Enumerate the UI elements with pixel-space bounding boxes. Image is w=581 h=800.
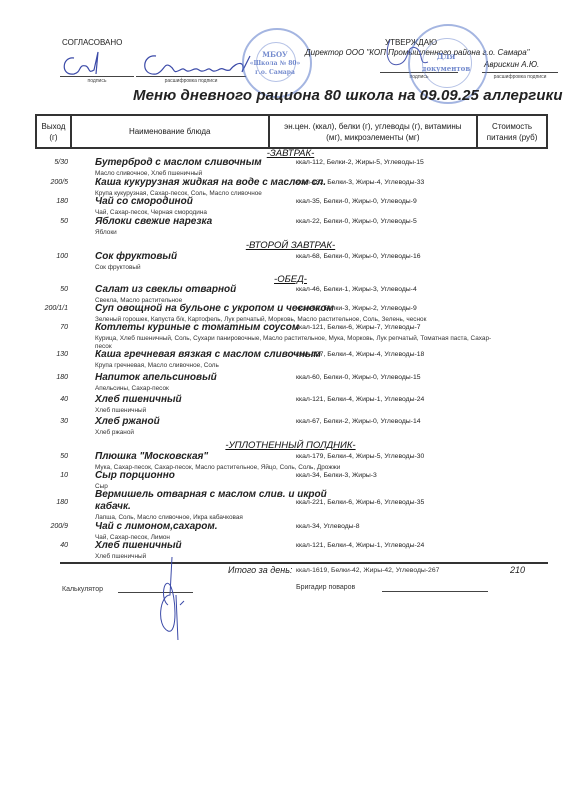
item-name: Салат из свеклы отварной xyxy=(95,284,236,295)
item-yield: 70 xyxy=(28,324,68,331)
item-ingredients: Крупа гречневая, Масло сливочное, Соль xyxy=(95,362,475,370)
item-yield: 50 xyxy=(28,286,68,293)
column-header-dish: Наименование блюда xyxy=(71,115,269,148)
item-name-continued: кабачк. xyxy=(95,501,131,512)
stamp-right-text-2: документов xyxy=(418,64,474,73)
item-yield: 200/5 xyxy=(28,179,68,186)
total-nutrition: ккал-1619, Белки-42, Жиры-42, Углеводы-2… xyxy=(296,567,439,574)
item-nutrition: ккал-34, Белки-3, Жиры-3 xyxy=(296,472,377,479)
item-nutrition: ккал-121, Белки-6, Жиры-7, Углеводы-7 xyxy=(296,324,421,331)
item-name: Каша кукурузная жидкая на воде с маслом … xyxy=(95,177,326,188)
item-yield: 130 xyxy=(28,351,68,358)
item-name: Каша гречневая вязкая с маслом сливочным xyxy=(95,349,321,360)
item-yield: 200/9 xyxy=(28,523,68,530)
item-name: Напиток апельсиновый xyxy=(95,372,217,383)
item-yield: 180 xyxy=(28,374,68,381)
item-yield: 30 xyxy=(28,418,68,425)
item-yield: 10 xyxy=(28,472,68,479)
item-nutrition: ккал-46, Белки-1, Жиры-3, Углеводы-4 xyxy=(296,286,417,293)
item-nutrition: ккал-60, Белки-0, Жиры-0, Углеводы-15 xyxy=(296,374,421,381)
calculator-label: Калькулятор xyxy=(62,586,103,593)
item-name: Яблоки свежие нарезка xyxy=(95,216,212,227)
signature-scribble-calculator xyxy=(150,555,190,640)
item-yield: 5/30 xyxy=(28,159,68,166)
item-yield: 40 xyxy=(28,542,68,549)
item-name: Вермишель отварная с маслом слив. и икро… xyxy=(95,489,327,500)
item-name: Котлеты куриные с томатным соусом xyxy=(95,322,299,333)
item-yield: 100 xyxy=(28,253,68,260)
item-name: Хлеб ржаной xyxy=(95,416,160,427)
signature-scribble-left xyxy=(60,48,260,80)
item-nutrition: ккал-182, Белки-3, Жиры-4, Углеводы-33 xyxy=(296,179,424,186)
item-name: Сыр порционно xyxy=(95,470,175,481)
stamp-left-text-1: МБОУ xyxy=(250,50,300,59)
approval-left-signature-name: Стародубова О.А. xyxy=(1,1,9,2)
item-yield: 180 xyxy=(28,499,68,506)
section-title-second-breakfast: -ВТОРОЙ ЗАВТРАК- xyxy=(0,240,581,251)
chef-label: Бригадир поваров xyxy=(296,584,355,591)
item-yield: 200/1/1 xyxy=(28,305,68,312)
item-nutrition: ккал-22, Белки-0, Жиры-0, Углеводы-5 xyxy=(296,218,417,225)
stamp-right-text-1: Для xyxy=(424,52,468,61)
item-nutrition: ккал-112, Белки-2, Жиры-5, Углеводы-15 xyxy=(296,159,424,166)
stamp-right-inner xyxy=(422,38,472,88)
column-header-nutrition: эн.цен. (ккал), белки (г), углеводы (г),… xyxy=(269,115,478,148)
item-name: Чай со смородиной xyxy=(95,196,193,207)
column-header-cost: Стоимость питания (руб) xyxy=(477,115,547,148)
item-nutrition: ккал-68, Белки-0, Жиры-0, Углеводы-16 xyxy=(296,253,421,260)
item-ingredients: Хлеб ржаной xyxy=(95,429,475,437)
item-nutrition: ккал-127, Белки-4, Жиры-4, Углеводы-18 xyxy=(296,351,424,358)
item-yield: 40 xyxy=(28,396,68,403)
item-name: Хлеб пшеничный xyxy=(95,540,182,551)
item-nutrition: ккал-179, Белки-4, Жиры-5, Углеводы-30 xyxy=(296,453,424,460)
item-nutrition: ккал-121, Белки-4, Жиры-1, Углеводы-24 xyxy=(296,542,424,549)
item-yield: 50 xyxy=(28,218,68,225)
column-header-yield: Выход (г) xyxy=(36,115,71,148)
item-ingredients: Яблоки xyxy=(95,229,475,237)
approval-right-name: Аврискин А.Ю. xyxy=(484,60,539,69)
approval-right-decode-line xyxy=(482,72,558,73)
item-name: Чай с лимоном,сахаром. xyxy=(95,521,218,532)
total-label: Итого за день: xyxy=(228,565,292,575)
item-nutrition: ккал-221, Белки-6, Жиры-6, Углеводы-35 xyxy=(296,499,424,506)
item-name: Сок фруктовый xyxy=(95,251,177,262)
section-title-lunch: -ОБЕД- xyxy=(0,274,581,285)
item-nutrition: ккал-34, Углеводы-8 xyxy=(296,523,360,530)
section-title-breakfast: -ЗАВТРАК- xyxy=(0,148,581,159)
stamp-left-text-3: г.о. Самара xyxy=(250,68,300,77)
item-yield: 180 xyxy=(28,198,68,205)
approval-right-decode-caption: расшифровка подписи xyxy=(482,74,558,80)
item-nutrition: ккал-121, Белки-4, Жиры-1, Углеводы-24 xyxy=(296,396,424,403)
item-nutrition: ккал-69, Белки-3, Жиры-2, Углеводы-9 xyxy=(296,305,417,312)
item-ingredients: Хлеб пшеничный xyxy=(95,407,475,415)
stamp-left-text-2: «Школа № 80» xyxy=(246,59,304,68)
item-nutrition: ккал-67, Белки-2, Жиры-0, Углеводы-14 xyxy=(296,418,421,425)
item-nutrition: ккал-35, Белки-0, Жиры-0, Углеводы-9 xyxy=(296,198,417,205)
menu-table-header: Выход (г) Наименование блюда эн.цен. (кк… xyxy=(35,114,548,149)
item-ingredients: Сок фруктовый xyxy=(95,264,475,272)
item-yield: 50 xyxy=(28,453,68,460)
chef-signature-line xyxy=(382,591,488,592)
item-name: Плюшка "Московская" xyxy=(95,451,208,462)
section-title-afternoon-snack: -УПЛОТНЕННЫЙ ПОЛДНИК- xyxy=(0,440,581,451)
item-name: Бутерброд с маслом сливочным xyxy=(95,157,262,168)
approval-left-label: СОГЛАСОВАНО xyxy=(62,38,122,47)
totals-divider xyxy=(60,562,548,564)
item-name: Хлеб пшеничный xyxy=(95,394,182,405)
total-cost: 210 xyxy=(510,565,525,575)
page-title: Меню дневного рациона 80 школа на 09.09.… xyxy=(133,87,563,104)
item-ingredients: Апельсины, Сахар-песок xyxy=(95,385,475,393)
